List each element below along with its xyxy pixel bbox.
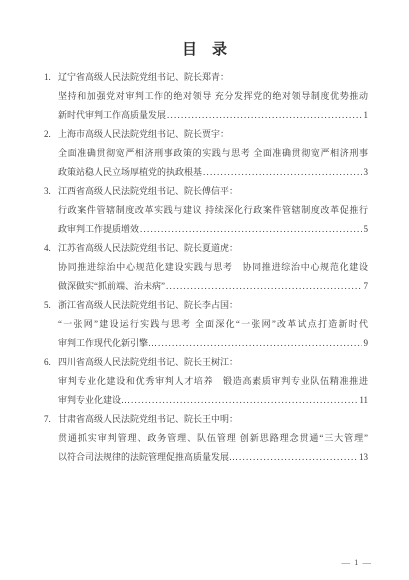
page-title: 目 录 — [0, 38, 409, 59]
entry-subtitle-continuation: 审判工作现代化新引擎… — [58, 334, 157, 353]
entry-author-title: 辽宁省高级人民法院党组书记、院长郑青： — [58, 68, 368, 87]
entry-subtitle-line: 贯通抓实审判管理、政务管理、队伍管理 创新思路理念贯通“三大管理” — [44, 429, 368, 448]
dot-leader — [167, 106, 361, 125]
entry-author-title: 江西省高级人民法院党组书记、院长傅信平： — [58, 182, 368, 201]
entry-subtitle-continuation: 做深做实“抓前端、治未病” — [58, 277, 165, 296]
entry-page-number: 13 — [358, 448, 368, 467]
entry-leader-line: 以符合司法规律的法院管理促推高质量发展… 13 — [44, 448, 368, 467]
entry-subtitle-line: 审判专业化建设和优秀审判人才培养 锻造高素质审判专业队伍精准推进 — [44, 372, 368, 391]
toc-list: 1. 辽宁省高级人民法院党组书记、院长郑青： 坚持和加强党对审判工作的绝对领导 … — [0, 68, 409, 467]
entry-leader-line: 政策站稳人民立场厚植党的执政根基 3 — [44, 163, 368, 182]
dot-leader — [131, 391, 357, 410]
entry-leader-line: 做深做实“抓前端、治未病” 7 — [44, 277, 368, 296]
dot-leader — [239, 448, 357, 467]
entry-number: 4. — [44, 239, 58, 258]
dot-leader — [140, 220, 361, 239]
entry-page-number: 3 — [363, 163, 369, 182]
entry-author-title: 浙江省高级人民法院党组书记、院长李占国： — [58, 296, 368, 315]
toc-entry: 7. 甘肃省高级人民法院党组书记、院长王中明： 贯通抓实审判管理、政务管理、队伍… — [44, 410, 368, 467]
entry-subtitle-line: 全面准确贯彻宽严相济刑事政策的实践与思考 全面准确贯彻宽严相济刑事 — [44, 144, 368, 163]
entry-leader-line: 审判专业化建设… 11 — [44, 391, 368, 410]
entry-leader-line: 新时代审判工作高质量发展 1 — [44, 106, 368, 125]
entry-subtitle-line: 坚持和加强党对审判工作的绝对领导 充分发挥党的绝对领导制度优势推动 — [44, 87, 368, 106]
entry-subtitle-continuation: 审判专业化建设… — [58, 391, 130, 410]
toc-entry: 6. 四川省高级人民法院党组书记、院长王树江： 审判专业化建设和优秀审判人才培养… — [44, 353, 368, 410]
entry-header-line: 3. 江西省高级人民法院党组书记、院长傅信平： — [44, 182, 368, 201]
entry-number: 2. — [44, 125, 58, 144]
toc-entry: 4. 江苏省高级人民法院党组书记、院长夏道虎： 协同推进综治中心规范化建设实践与… — [44, 239, 368, 296]
entry-subtitle-continuation: 政策站稳人民立场厚植党的执政根基 — [58, 163, 202, 182]
toc-entry: 5. 浙江省高级人民法院党组书记、院长李占国： “一张网”建设运行实践与思考 全… — [44, 296, 368, 353]
entry-header-line: 5. 浙江省高级人民法院党组书记、院长李占国： — [44, 296, 368, 315]
entry-number: 7. — [44, 410, 58, 429]
entry-header-line: 4. 江苏省高级人民法院党组书记、院长夏道虎： — [44, 239, 368, 258]
document-page: 目 录 1. 辽宁省高级人民法院党组书记、院长郑青： 坚持和加强党对审判工作的绝… — [0, 0, 409, 580]
entry-author-title: 甘肃省高级人民法院党组书记、院长王中明： — [58, 410, 368, 429]
entry-page-number: 9 — [363, 334, 369, 353]
entry-number: 3. — [44, 182, 58, 201]
entry-page-number: 7 — [363, 277, 369, 296]
entry-header-line: 2. 上海市高级人民法院党组书记、院长贾宇： — [44, 125, 368, 144]
toc-entry: 3. 江西省高级人民法院党组书记、院长傅信平： 行政案件管辖制度改革实践与建议 … — [44, 182, 368, 239]
entry-subtitle-continuation: 新时代审判工作高质量发展 — [58, 106, 166, 125]
entry-subtitle-line: 行政案件管辖制度改革实践与建议 持续深化行政案件管辖制度改革促推行 — [44, 201, 368, 220]
entry-page-number: 1 — [363, 106, 369, 125]
entry-subtitle-continuation: 以符合司法规律的法院管理促推高质量发展… — [58, 448, 238, 467]
entry-number: 1. — [44, 68, 58, 87]
toc-entry: 2. 上海市高级人民法院党组书记、院长贾宇： 全面准确贯彻宽严相济刑事政策的实践… — [44, 125, 368, 182]
page-number-footer: — 1 — — [342, 557, 373, 567]
entry-number: 5. — [44, 296, 58, 315]
entry-author-title: 四川省高级人民法院党组书记、院长王树江： — [58, 353, 368, 372]
entry-subtitle-line: 协同推进综治中心规范化建设实践与思考 协同推进综治中心规范化建设 — [44, 258, 368, 277]
toc-entry: 1. 辽宁省高级人民法院党组书记、院长郑青： 坚持和加强党对审判工作的绝对领导 … — [44, 68, 368, 125]
entry-header-line: 7. 甘肃省高级人民法院党组书记、院长王中明： — [44, 410, 368, 429]
dot-leader — [158, 334, 361, 353]
entry-header-line: 6. 四川省高级人民法院党组书记、院长王树江： — [44, 353, 368, 372]
entry-author-title: 上海市高级人民法院党组书记、院长贾宇： — [58, 125, 368, 144]
entry-header-line: 1. 辽宁省高级人民法院党组书记、院长郑青： — [44, 68, 368, 87]
entry-page-number: 5 — [363, 220, 369, 239]
entry-page-number: 11 — [358, 391, 368, 410]
entry-leader-line: 政审判工作提质增效 5 — [44, 220, 368, 239]
entry-number: 6. — [44, 353, 58, 372]
dot-leader — [203, 163, 361, 182]
entry-subtitle-continuation: 政审判工作提质增效 — [58, 220, 139, 239]
dot-leader — [166, 277, 362, 296]
entry-leader-line: 审判工作现代化新引擎… 9 — [44, 334, 368, 353]
entry-subtitle-line: “一张网”建设运行实践与思考 全面深化“一张网”改革试点打造新时代 — [44, 315, 368, 334]
entry-author-title: 江苏省高级人民法院党组书记、院长夏道虎： — [58, 239, 368, 258]
